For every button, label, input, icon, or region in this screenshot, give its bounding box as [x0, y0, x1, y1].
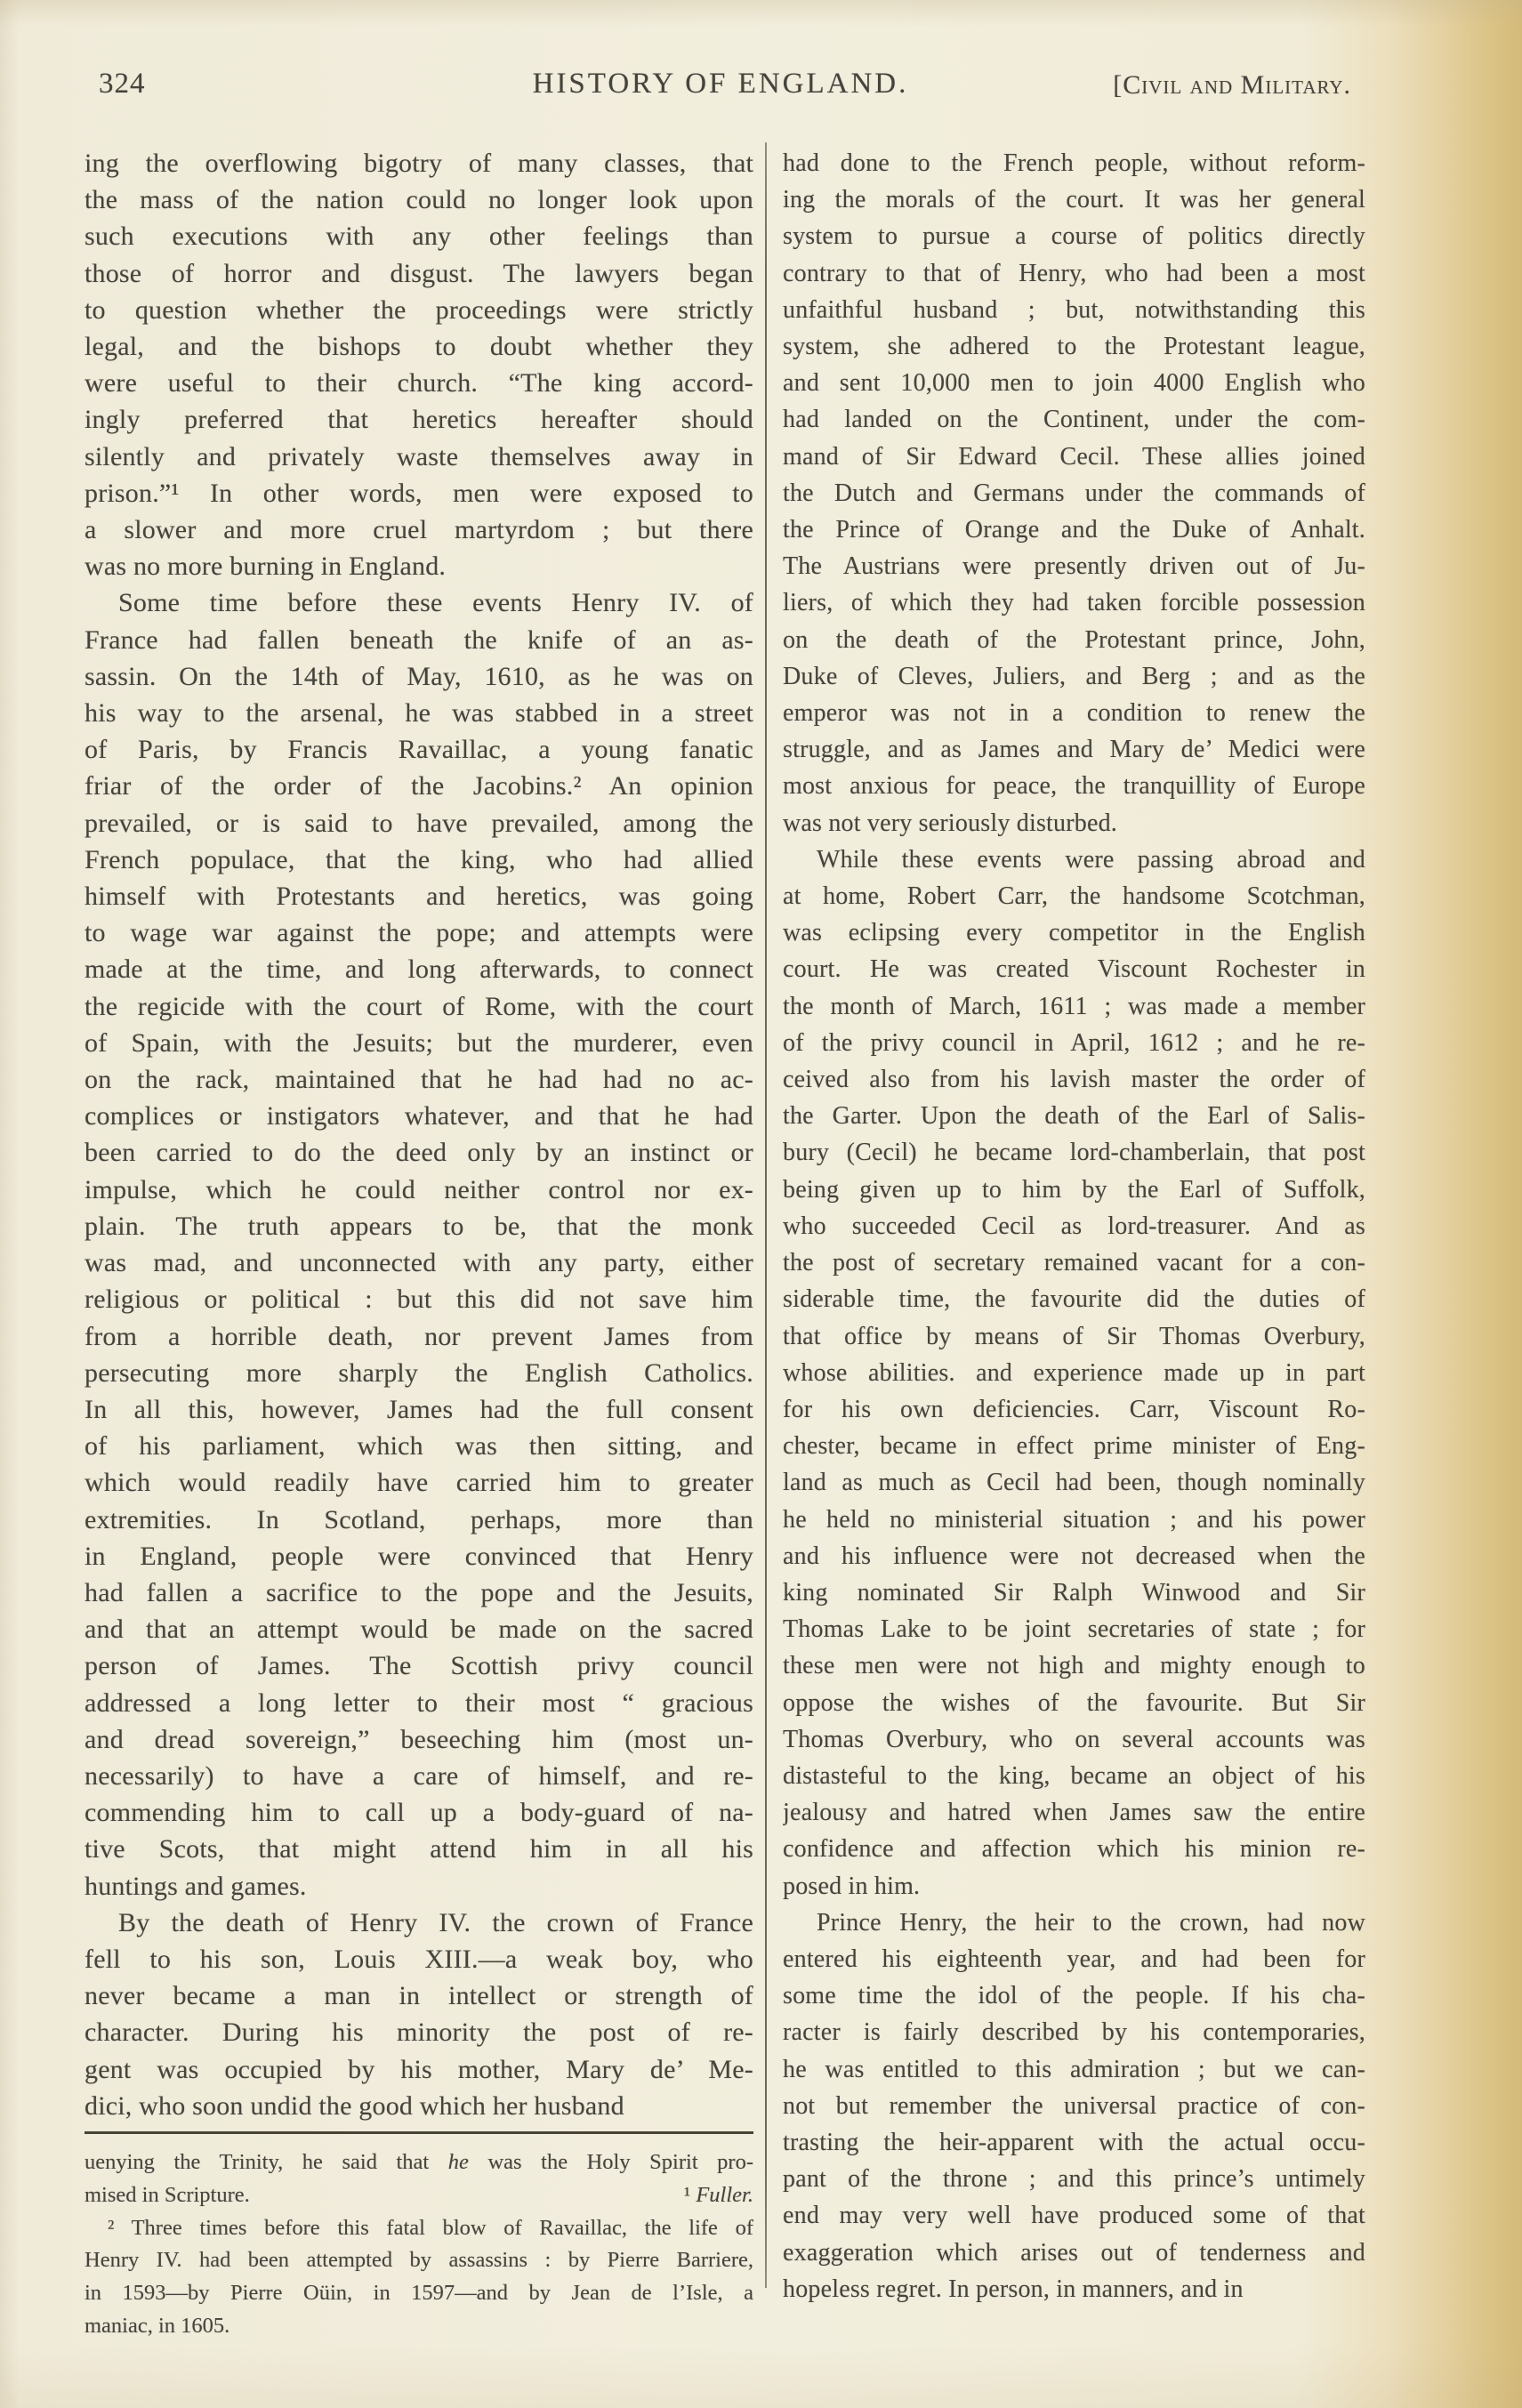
text-line: of Spain, with the Jesuits; but the murd… — [85, 1025, 753, 1061]
text-line: those of horror and disgust. The lawyers… — [85, 255, 753, 292]
text-line: had done to the French people, without r… — [783, 145, 1365, 181]
footnote-line-left: uenying the Trinity, he said that he was… — [85, 2150, 753, 2174]
paragraph: had done to the French people, without r… — [783, 145, 1365, 842]
text-line: some time the idol of the people. If his… — [783, 1977, 1365, 2014]
text-line: who succeeded Cecil as lord-treasurer. A… — [783, 1208, 1365, 1244]
text-line: complices or instigators whatever, and t… — [85, 1098, 753, 1134]
text-line: trasting the heir-apparent with the actu… — [783, 2124, 1365, 2161]
text-line: confidence and affection which his minio… — [783, 1831, 1365, 1867]
text-line: was mad, and unconnected with any party,… — [85, 1244, 753, 1281]
text-line: sassin. On the 14th of May, 1610, as he … — [85, 658, 753, 695]
footnote-text: maniac, in 1605. — [85, 2314, 230, 2338]
footnote-line: mised in Scripture.¹ Fuller. — [85, 2179, 753, 2212]
footnote-line-left: mised in Scripture. — [85, 2179, 250, 2212]
paragraph: Prince Henry, the heir to the crown, had… — [783, 1905, 1365, 2307]
paragraph: Some time before these events Henry IV. … — [85, 584, 753, 1904]
text-line: siderable time, the favourite did the du… — [783, 1281, 1365, 1317]
text-line: he was entitled to this admiration ; but… — [783, 2051, 1365, 2088]
text-line: ingly preferred that heretics hereafter … — [85, 401, 753, 438]
paragraph: ing the overflowing bigotry of many clas… — [85, 145, 753, 584]
text-line: hopeless regret. In person, in manners, … — [783, 2271, 1365, 2307]
column-divider — [765, 142, 767, 2288]
text-line: prevailed, or is said to have prevailed,… — [85, 805, 753, 842]
text-line: fell to his son, Louis XIII.—a weak boy,… — [85, 1941, 753, 1977]
text-line: friar of the order of the Jacobins.² An … — [85, 768, 753, 804]
text-line: contrary to that of Henry, who had been … — [783, 255, 1365, 292]
footnote-text: ¹ — [684, 2183, 696, 2207]
text-line: these men were not high and mighty enoug… — [783, 1647, 1365, 1684]
text-line: made at the time, and long afterwards, t… — [85, 951, 753, 987]
text-line: bury (Cecil) he became lord-chamberlain,… — [783, 1134, 1365, 1171]
footnote-text: mised in Scripture. — [85, 2183, 250, 2207]
text-line: Some time before these events Henry IV. … — [85, 584, 753, 621]
page-header: 324 HISTORY OF ENGLAND. [Civil and Milit… — [85, 64, 1357, 105]
text-line: end may very well have produced some of … — [783, 2197, 1365, 2234]
left-column-text: ing the overflowing bigotry of many clas… — [85, 145, 753, 2124]
text-line: the Prince of Orange and the Duke of Anh… — [783, 511, 1365, 548]
text-line: and dread sovereign,” beseeching him (mo… — [85, 1721, 753, 1758]
footnote-line: Henry IV. had been attempted by assassin… — [85, 2244, 753, 2277]
text-line: not but remember the universal practice … — [783, 2088, 1365, 2124]
text-line: commending him to call up a body-guard o… — [85, 1794, 753, 1831]
text-line: the post of secretary remained vacant fo… — [783, 1244, 1365, 1281]
text-line: French populace, that the king, who had … — [85, 842, 753, 878]
text-line: In all this, however, James had the full… — [85, 1391, 753, 1428]
text-line: ing the morals of the court. It was her … — [783, 181, 1365, 218]
footnote-line: ² Three times before this fatal blow of … — [85, 2212, 753, 2245]
footnote-line-left: maniac, in 1605. — [85, 2314, 230, 2338]
text-line: dici, who soon undid the good which her … — [85, 2088, 753, 2124]
text-line: court. He was created Viscount Rochester… — [783, 951, 1365, 987]
paragraph: While these events were passing abroad a… — [783, 842, 1365, 1905]
text-line: on the death of the Protestant prince, J… — [783, 622, 1365, 658]
footnote-text: ² Three times before this fatal blow of … — [108, 2216, 753, 2240]
text-line: racter is fairly described by his contem… — [783, 2014, 1365, 2050]
footnote-line-left: Henry IV. had been attempted by assassin… — [85, 2248, 753, 2272]
text-line: been carried to do the deed only by an i… — [85, 1134, 753, 1171]
text-line: France had fallen beneath the knife of a… — [85, 622, 753, 658]
text-line: which would readily have carried him to … — [85, 1464, 753, 1501]
text-line: Duke of Cleves, Juliers, and Berg ; and … — [783, 658, 1365, 695]
text-line: addressed a long letter to their most “ … — [85, 1685, 753, 1721]
text-line: to question whether the proceedings were… — [85, 292, 753, 328]
text-line: the regicide with the court of Rome, wit… — [85, 988, 753, 1025]
text-line: struggle, and as James and Mary de’ Medi… — [783, 731, 1365, 768]
text-line: whose abilities. and experience made up … — [783, 1355, 1365, 1391]
text-line: king nominated Sir Ralph Winwood and Sir — [783, 1574, 1365, 1611]
text-line: that office by means of Sir Thomas Overb… — [783, 1318, 1365, 1355]
text-line: plain. The truth appears to be, that the… — [85, 1208, 753, 1244]
text-line: pant of the throne ; and this prince’s u… — [783, 2161, 1365, 2197]
right-column-text: had done to the French people, without r… — [783, 145, 1365, 2307]
footnote-line: in 1593—by Pierre Oüin, in 1597—and by J… — [85, 2277, 753, 2310]
text-line: ceived also from his lavish master the o… — [783, 1061, 1365, 1098]
text-line: the Dutch and Germans under the commands… — [783, 475, 1365, 511]
text-line: land as much as Cecil had been, though n… — [783, 1464, 1365, 1501]
text-line: emperor was not in a condition to renew … — [783, 695, 1365, 731]
footnote-block: uenying the Trinity, he said that he was… — [85, 2131, 753, 2343]
footnote-text: he — [448, 2150, 469, 2174]
footnote-line: maniac, in 1605. — [85, 2310, 753, 2343]
text-line: being given up to him by the Earl of Suf… — [783, 1172, 1365, 1208]
text-line: Prince Henry, the heir to the crown, had… — [783, 1905, 1365, 1941]
text-line: and his influence were not decreased whe… — [783, 1538, 1365, 1574]
text-line: system to pursue a course of politics di… — [783, 218, 1365, 254]
text-line: The Austrians were presently driven out … — [783, 548, 1365, 584]
text-line: ing the overflowing bigotry of many clas… — [85, 145, 753, 181]
text-line: mand of Sir Edward Cecil. These allies j… — [783, 439, 1365, 475]
text-line: the month of March, 1611 ; was made a me… — [783, 988, 1365, 1025]
text-line: persecuting more sharply the English Cat… — [85, 1355, 753, 1391]
text-line: most anxious for peace, the tranquillity… — [783, 768, 1365, 804]
book-page: 324 HISTORY OF ENGLAND. [Civil and Milit… — [0, 0, 1522, 2408]
footnote-text: Henry IV. had been attempted by assassin… — [85, 2248, 753, 2272]
text-line: huntings and games. — [85, 1868, 753, 1905]
text-line: silently and privately waste themselves … — [85, 439, 753, 475]
text-line: tive Scots, that might attend him in all… — [85, 1831, 753, 1867]
footnote-text: in 1593—by Pierre Oüin, in 1597—and by J… — [85, 2281, 753, 2305]
text-line: the mass of the nation could no longer l… — [85, 181, 753, 218]
text-line: at home, Robert Carr, the handsome Scotc… — [783, 878, 1365, 914]
right-column: had done to the French people, without r… — [783, 145, 1365, 2307]
footnote-line-left: ² Three times before this fatal blow of … — [108, 2216, 753, 2240]
section-label: [Civil and Military. — [1113, 66, 1351, 105]
footnote-text: uenying the Trinity, he said that — [85, 2150, 448, 2174]
text-line: of the privy council in April, 1612 ; an… — [783, 1025, 1365, 1061]
footnote-text: was the Holy Spirit pro- — [469, 2150, 753, 2174]
text-line: in England, people were convinced that H… — [85, 1538, 753, 1574]
text-line: himself with Protestants and heretics, w… — [85, 878, 753, 914]
text-line: such executions with any other feelings … — [85, 218, 753, 254]
left-column: ing the overflowing bigotry of many clas… — [85, 145, 753, 2343]
text-line: By the death of Henry IV. the crown of F… — [85, 1905, 753, 1941]
text-line: and that an attempt would be made on the… — [85, 1611, 753, 1647]
text-line: was eclipsing every competitor in the En… — [783, 914, 1365, 951]
text-line: and sent 10,000 men to join 4000 English… — [783, 365, 1365, 401]
text-line: his way to the arsenal, he was stabbed i… — [85, 695, 753, 731]
text-line: a slower and more cruel martyrdom ; but … — [85, 511, 753, 548]
footnote-text: Fuller. — [696, 2183, 753, 2207]
text-line: had fallen a sacrifice to the pope and t… — [85, 1574, 753, 1611]
text-line: liers, of which they had taken forcible … — [783, 584, 1365, 621]
text-line: person of James. The Scottish privy coun… — [85, 1647, 753, 1684]
text-line: necessarily) to have a care of himself, … — [85, 1758, 753, 1794]
text-line: was not very seriously disturbed. — [783, 805, 1365, 842]
text-line: jealousy and hatred when James saw the e… — [783, 1794, 1365, 1831]
text-line: posed in him. — [783, 1868, 1365, 1905]
text-line: were useful to their church. “The king a… — [85, 365, 753, 401]
text-line: entered his eighteenth year, and had bee… — [783, 1941, 1365, 1977]
text-line: extremities. In Scotland, perhaps, more … — [85, 1502, 753, 1538]
text-line: from a horrible death, nor prevent James… — [85, 1318, 753, 1355]
text-line: on the rack, maintained that he had had … — [85, 1061, 753, 1098]
text-line: he held no ministerial situation ; and h… — [783, 1502, 1365, 1538]
text-line: for his own deficiencies. Carr, Viscount… — [783, 1391, 1365, 1428]
text-line: Thomas Lake to be joint secretaries of s… — [783, 1611, 1365, 1647]
footnote-line-left: in 1593—by Pierre Oüin, in 1597—and by J… — [85, 2281, 753, 2305]
text-line: While these events were passing abroad a… — [783, 842, 1365, 878]
text-line: impulse, which he could neither control … — [85, 1172, 753, 1208]
text-line: unfaithful husband ; but, notwithstandin… — [783, 292, 1365, 328]
text-line: prison.”¹ In other words, men were expos… — [85, 475, 753, 511]
text-line: legal, and the bishops to doubt whether … — [85, 328, 753, 365]
text-line: character. During his minority the post … — [85, 2014, 753, 2050]
text-line: chester, became in effect prime minister… — [783, 1428, 1365, 1464]
text-line: to wage war against the pope; and attemp… — [85, 914, 753, 951]
text-line: exaggeration which arises out of tendern… — [783, 2235, 1365, 2271]
text-line: had landed on the Continent, under the c… — [783, 401, 1365, 438]
text-line: gent was occupied by his mother, Mary de… — [85, 2051, 753, 2088]
footnote-line: uenying the Trinity, he said that he was… — [85, 2146, 753, 2179]
text-line: Thomas Overbury, who on several accounts… — [783, 1721, 1365, 1758]
text-line: was no more burning in England. — [85, 548, 753, 584]
footnote-citation: ¹ Fuller. — [684, 2179, 753, 2212]
text-line: never became a man in intellect or stren… — [85, 1977, 753, 2014]
text-line: of Paris, by Francis Ravaillac, a young … — [85, 731, 753, 768]
paragraph: By the death of Henry IV. the crown of F… — [85, 1905, 753, 2124]
text-line: religious or political : but this did no… — [85, 1281, 753, 1317]
text-line: of his parliament, which was then sittin… — [85, 1428, 753, 1464]
text-line: distasteful to the king, became an objec… — [783, 1758, 1365, 1794]
text-line: oppose the wishes of the favourite. But … — [783, 1685, 1365, 1721]
text-line: the Garter. Upon the death of the Earl o… — [783, 1098, 1365, 1134]
text-line: system, she adhered to the Protestant le… — [783, 328, 1365, 365]
